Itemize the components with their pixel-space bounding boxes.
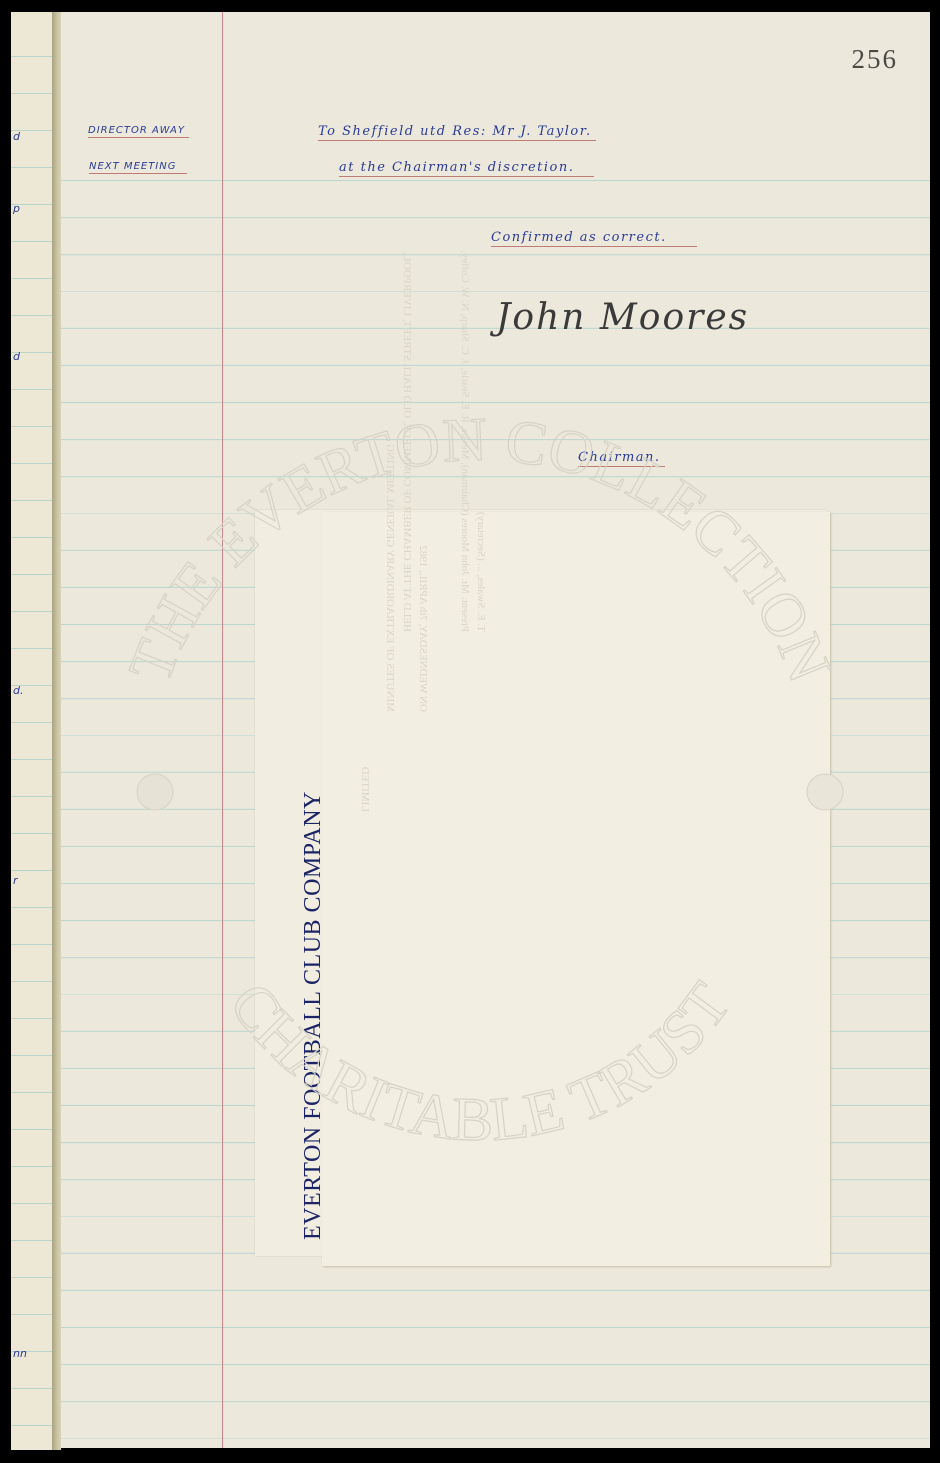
- bleed-through-text: T. E. Swales, ... (Secretary): [473, 512, 488, 632]
- inserted-card-front: LIMITED MINUTES OF EXTRAORDINARY GENERAL…: [322, 512, 830, 1266]
- left-page-mark: p: [13, 202, 20, 215]
- left-page-mark: d: [13, 350, 20, 363]
- page-number: 256: [852, 44, 899, 75]
- left-page-mark: d: [13, 130, 20, 143]
- previous-page-edge: d p d d. r nn: [11, 12, 54, 1450]
- confirmation-note: Confirmed as correct.: [491, 230, 697, 247]
- bleed-through-text: MINUTES OF EXTRAORDINARY GENERAL MEETING: [382, 444, 397, 712]
- bleed-through-text: LIMITED: [357, 767, 372, 812]
- bleed-through-text: Present: Mr. John Moores (Chairman), Mes…: [457, 250, 472, 632]
- card-title: EVERTON FOOTBALL CLUB COMPANY: [300, 791, 327, 1240]
- book-gutter: [52, 12, 61, 1450]
- margin-rule: [222, 12, 223, 1448]
- left-page-mark: r: [13, 874, 18, 887]
- left-page-mark: nn: [13, 1347, 27, 1360]
- left-page-mark: d.: [13, 684, 23, 697]
- margin-note-director-away: DIRECTOR AWAY: [88, 125, 189, 138]
- signature-title: Chairman.: [578, 450, 665, 467]
- minute-line-2: at the Chairman's discretion.: [339, 160, 594, 177]
- bleed-through-text: HELD AT THE CHAMBER OF COMMERCE, OLD HAL…: [399, 252, 414, 632]
- bleed-through-text: ON WEDNESDAY, 7th APRIL, 1982: [415, 545, 430, 712]
- margin-note-next-meeting: NEXT MEETING: [89, 161, 187, 174]
- minute-line-1: To Sheffield utd Res: Mr J. Taylor.: [318, 124, 596, 141]
- chairman-signature: John Moores: [496, 297, 749, 338]
